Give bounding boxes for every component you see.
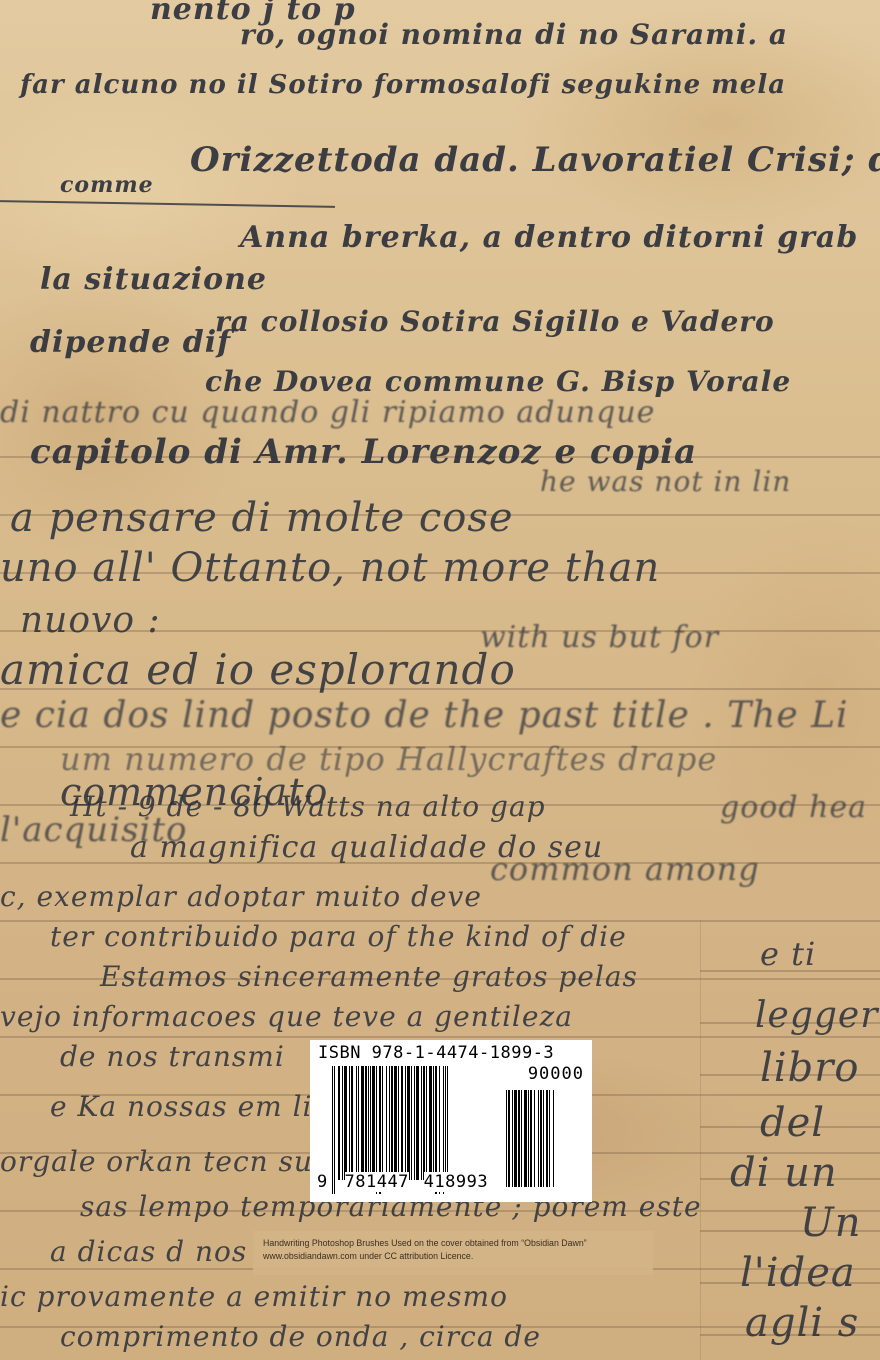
handwriting-line: agli s (745, 1300, 859, 1346)
barcode-bar (421, 1066, 422, 1180)
handwriting-line: comme (60, 172, 154, 198)
handwriting-line: nuovo : (20, 600, 161, 641)
handwriting-line: common among (490, 850, 760, 888)
barcode-bar (429, 1066, 432, 1180)
handwriting-line: ic provamente a emitir no mesmo (0, 1280, 508, 1313)
barcode-bar (426, 1066, 427, 1180)
barcode-bar (344, 1066, 347, 1180)
barcode-bar (445, 1066, 446, 1180)
handwriting-line: dipende dif (30, 325, 231, 360)
handwriting-line: che Dovea commune G. Bisp Vorale (205, 365, 791, 398)
barcode-bar (407, 1066, 410, 1180)
barcode-bar (382, 1066, 383, 1180)
barcode-bar (528, 1090, 529, 1187)
barcode-bar (370, 1066, 371, 1180)
barcode-bar (365, 1066, 367, 1180)
handwriting-line: comprimento de onda , circa de (60, 1320, 541, 1353)
handwriting-line: c, exemplar adoptar muito deve (0, 880, 482, 913)
barcode-bar (534, 1090, 535, 1187)
credit-line-2: www.obsidiandawn.com under CC attributio… (263, 1250, 653, 1263)
barcode-bar (524, 1090, 527, 1187)
price-code: 90000 (528, 1064, 584, 1084)
barcode-bar (405, 1066, 406, 1180)
handwriting-line: uno all' Ottanto, not more than (0, 545, 660, 591)
handwriting-line: e ti (760, 935, 816, 973)
handwriting-line: la situazione (40, 262, 267, 297)
barcode-bar (423, 1066, 425, 1180)
credit-notice: Handwriting Photoshop Brushes Used on th… (253, 1231, 653, 1275)
barcode-bar (508, 1090, 510, 1187)
barcode-bar (358, 1066, 359, 1180)
handwriting-line: del (760, 1100, 825, 1146)
handwriting-line: ter contribuido para of the kind of die (50, 920, 627, 953)
ean-digits: 9 781447 418993 (317, 1172, 488, 1192)
barcode-bar (389, 1066, 390, 1180)
barcode-bar (356, 1066, 357, 1180)
barcode-bar (349, 1066, 350, 1180)
handwriting-line: Un (800, 1200, 861, 1246)
barcode-bar (351, 1066, 353, 1180)
handwriting-line: good hea (720, 790, 867, 825)
ean-left-digits: 781447 (345, 1172, 409, 1192)
barcode-bar (514, 1090, 517, 1187)
handwriting-line: Orizzettoda dad. Lavoratiel Crisi; d dig (190, 140, 880, 180)
barcode-bar (338, 1066, 340, 1180)
isbn-label: ISBN 978-1-4474-1899-3 (318, 1043, 554, 1063)
barcode-bar (530, 1090, 532, 1187)
handwriting-line: di nattro cu quando gli ripiamo adunque (0, 395, 655, 430)
barcode-bar (518, 1090, 520, 1187)
barcode-bar (521, 1090, 522, 1187)
handwriting-line: de nos transmi (60, 1040, 285, 1073)
handwriting-line: Anna brerka, a dentro ditorni grab (240, 220, 858, 255)
handwriting-line: vejo informacoes que teve a gentileza (0, 1000, 573, 1033)
barcode-bar (361, 1066, 364, 1180)
barcode-bar (543, 1090, 544, 1187)
handwriting-line: ro, ognoi nomina di no Sarami. a (240, 18, 788, 51)
barcode-bar (342, 1066, 343, 1180)
handwriting-line: a dicas d nos (50, 1235, 247, 1268)
handwriting-line: leggere (755, 995, 880, 1036)
handwriting-line: ra collosio Sotira Sigillo e Vadero (215, 305, 775, 338)
handwriting-line: with us but for (480, 620, 719, 655)
barcode-bar (549, 1090, 550, 1187)
barcode-bar (433, 1066, 434, 1180)
barcode-bar (411, 1066, 412, 1180)
handwriting-line: l'idea (740, 1250, 856, 1296)
handwriting-line: far alcuno no il Sotiro formosalofi segu… (20, 70, 786, 100)
handwriting-line: e cia dos lind posto de the past title .… (0, 695, 849, 736)
barcode-bar (512, 1090, 513, 1187)
barcode-bar (391, 1066, 393, 1180)
barcode-bar (398, 1066, 399, 1180)
handwriting-line: libro (760, 1045, 859, 1091)
handwriting-line: a pensare di molte cose (10, 495, 514, 541)
handwriting-line: di un (730, 1150, 838, 1196)
ean-lead-digit: 9 (317, 1172, 328, 1192)
barcode-bar (506, 1090, 507, 1187)
handwriting-line: he was not in lin (540, 465, 791, 498)
ean-right-digits: 418993 (424, 1172, 488, 1192)
barcode-bar (372, 1066, 375, 1180)
barcode-bar (546, 1090, 548, 1187)
barcode-bar (540, 1090, 542, 1187)
handwriting-line: Estamos sinceramente gratos pelas (100, 960, 638, 993)
barcode-bar (538, 1090, 539, 1187)
ink-underline (0, 200, 335, 208)
barcode-bar (416, 1066, 419, 1180)
book-back-cover: nento j to pro, ognoi nomina di no Saram… (0, 0, 880, 1360)
handwriting-line: amica ed io esplorando (0, 645, 516, 694)
isbn-barcode: ISBN 978-1-4474-1899-3 90000 9 781447 41… (310, 1040, 592, 1202)
barcode-bar (394, 1066, 397, 1180)
barcode-bar (386, 1066, 387, 1180)
barcode-bar (401, 1066, 403, 1180)
barcode-bar (447, 1066, 448, 1180)
barcode-bar (553, 1090, 554, 1187)
barcode-bar (414, 1066, 415, 1180)
ean5-addon-bars (506, 1090, 586, 1187)
barcode-bar (368, 1066, 369, 1180)
credit-line-1: Handwriting Photoshop Brushes Used on th… (263, 1237, 653, 1250)
